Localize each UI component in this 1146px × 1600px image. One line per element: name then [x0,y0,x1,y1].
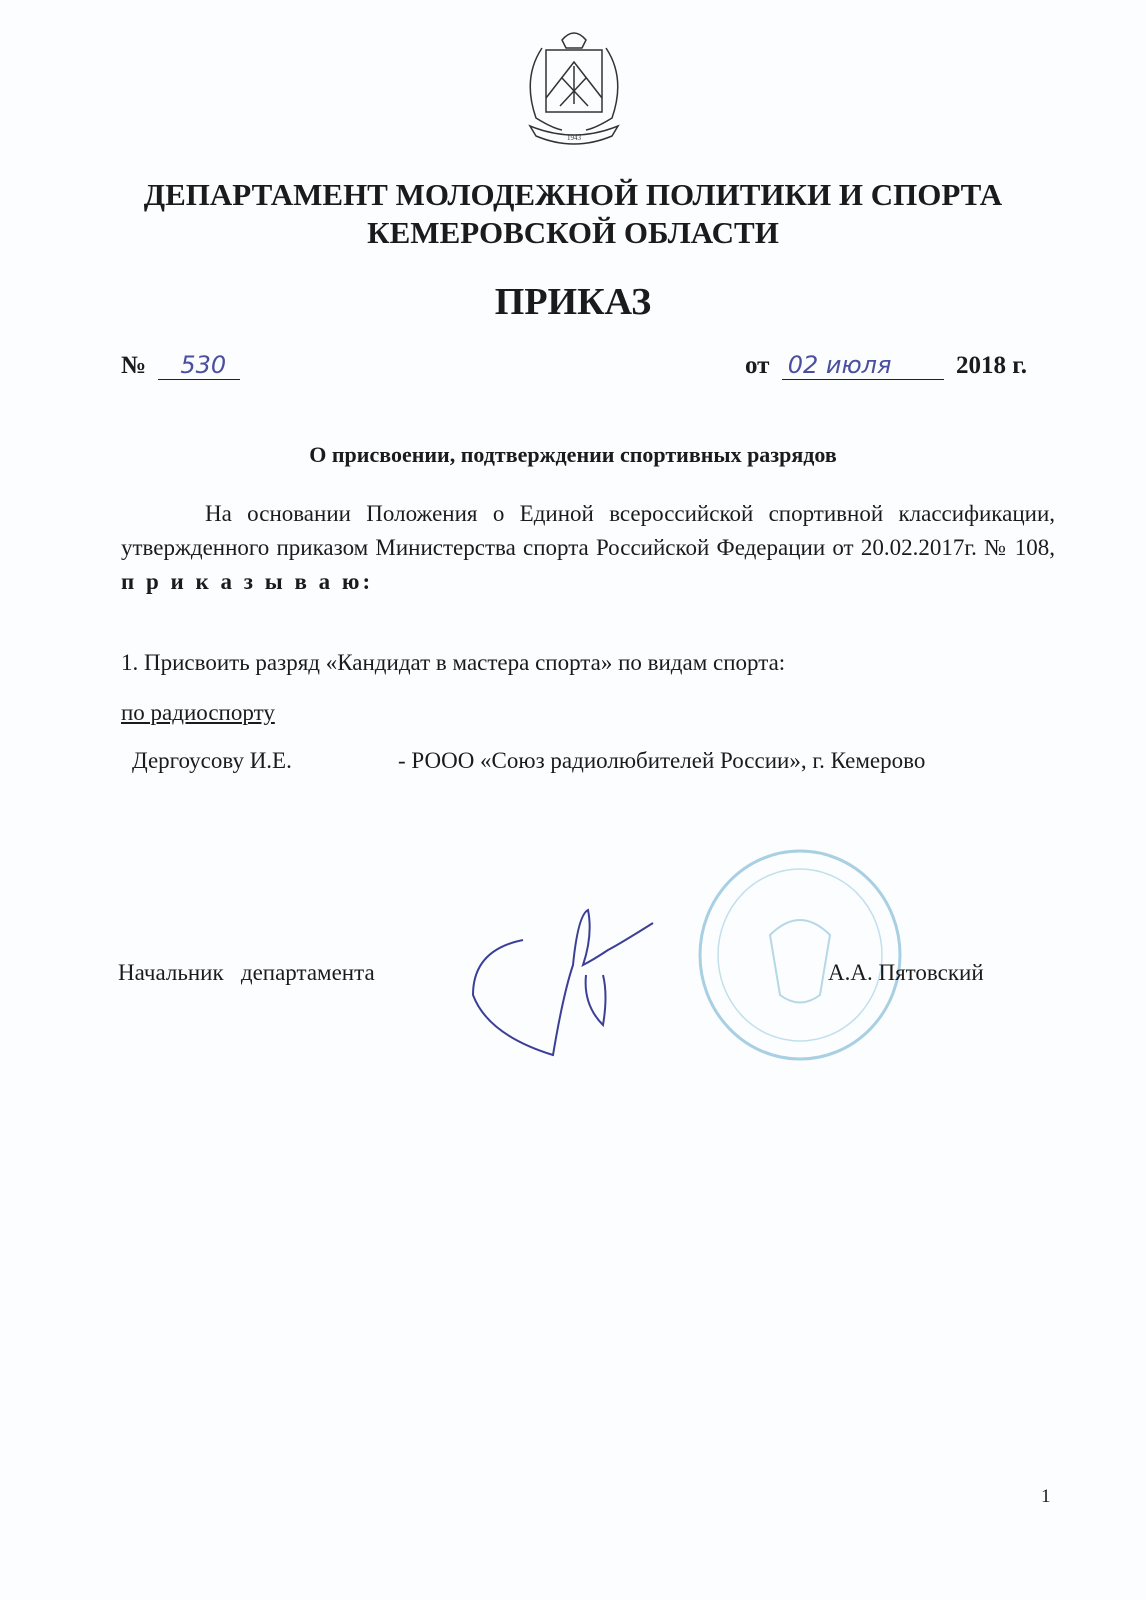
sport-name: по радиоспорту [121,700,275,726]
athlete-name: Дергоусову И.Е. [132,748,292,774]
page-number: 1 [1041,1486,1051,1508]
coat-of-arms-icon: 1943 [512,18,636,158]
date-field: 02 июля [782,353,944,380]
number-field: 530 [158,353,240,380]
date-value: 02 июля [788,351,892,379]
seal-icon [690,845,910,1065]
date-prefix: от [745,352,769,379]
signer-position: Начальник департамента [118,960,375,986]
order-word: п р и к а з ы в а ю: [121,569,373,594]
svg-text:1943: 1943 [567,134,582,142]
number-label: № [121,352,146,379]
order-date: от 02 июля 2018 г. [745,352,1027,380]
number-value: 530 [180,351,226,379]
signer-name: А.А. Пятовский [828,960,984,986]
department-title-line2: КЕМЕРОВСКОЙ ОБЛАСТИ [0,214,1146,252]
order-subject: О присвоении, подтверждении спортивных р… [0,442,1146,468]
document-type: ПРИКАЗ [0,280,1146,324]
signature-icon [468,905,708,1085]
order-number: № 530 [121,352,240,380]
department-title-line1: ДЕПАРТАМЕНТ МОЛОДЕЖНОЙ ПОЛИТИКИ И СПОРТА [0,176,1146,214]
preamble: На основании Положения о Единой всеросси… [121,497,1055,599]
date-suffix: 2018 г. [956,352,1027,379]
item-title: 1. Присвоить разряд «Кандидат в мастера … [121,650,785,676]
athlete-organization: - РООО «Союз радиолюбителей России», г. … [398,748,925,774]
preamble-text: На основании Положения о Единой всеросси… [121,501,1055,560]
